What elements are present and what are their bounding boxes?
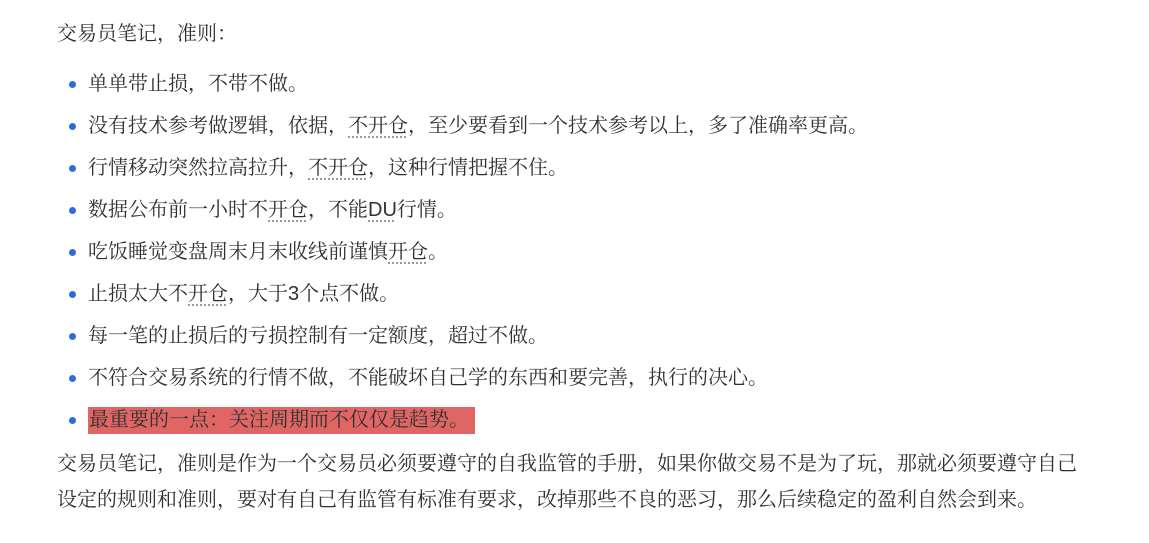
rule-item-3: 行情移动突然拉高拉升，不开仓，这种行情把握不住。 [57, 154, 1109, 182]
rule-text: ，至少要看到一个技术参考以上，多了准确率更高。 [408, 115, 868, 137]
notes-title: 交易员笔记，准则： [57, 22, 1109, 46]
bullet-icon [69, 249, 76, 256]
rule-text: 每一笔的止损后的亏损控制有一定额度，超过不做。 [88, 325, 548, 347]
notes-summary: 交易员笔记，准则是作为一个交易员必须要遵守的自我监管的手册，如果你做交易不是为了… [57, 446, 1079, 518]
rule-text-underlined: 开仓 [268, 199, 308, 221]
rule-text-underlined: 不开仓 [348, 115, 408, 137]
bullet-icon [69, 291, 76, 298]
rule-text: 没有技术参考做逻辑，依据， [88, 115, 348, 137]
rule-text: ，大于3个点不做。 [228, 283, 399, 305]
rule-text: 单单带止损，不带不做。 [88, 73, 308, 95]
bullet-icon [69, 417, 76, 424]
rule-item-1: 单单带止损，不带不做。 [57, 70, 1109, 98]
rule-item-8: 不符合交易系统的行情不做，不能破坏自己学的东西和要完善，执行的决心。 [57, 364, 1109, 392]
rules-list: 单单带止损，不带不做。 没有技术参考做逻辑，依据，不开仓，至少要看到一个技术参考… [57, 70, 1109, 434]
bullet-icon [69, 207, 76, 214]
rule-text: 吃饭睡觉变盘周末月末收线前谨慎 [88, 241, 388, 263]
rule-text: 行情移动突然拉高拉升， [88, 157, 308, 179]
rule-text: 数据公布前一小时不 [88, 199, 268, 221]
rule-text-underlined: 开仓 [388, 241, 428, 263]
rule-item-7: 每一笔的止损后的亏损控制有一定额度，超过不做。 [57, 322, 1109, 350]
rule-item-5: 吃饭睡觉变盘周末月末收线前谨慎开仓。 [57, 238, 1109, 266]
trader-notes-document: 交易员笔记，准则： 单单带止损，不带不做。 没有技术参考做逻辑，依据，不开仓，至… [0, 0, 1149, 518]
rule-text: ，这种行情把握不住。 [368, 157, 568, 179]
rule-text-underlined: 不开仓 [308, 157, 368, 179]
rule-item-6: 止损太大不开仓，大于3个点不做。 [57, 280, 1109, 308]
rule-text-underlined: 开仓 [188, 283, 228, 305]
rule-item-2: 没有技术参考做逻辑，依据，不开仓，至少要看到一个技术参考以上，多了准确率更高。 [57, 112, 1109, 140]
rule-text-underlined: DU [368, 199, 397, 221]
rule-text: 止损太大不 [88, 283, 188, 305]
bullet-icon [69, 81, 76, 88]
rule-text: 。 [428, 241, 448, 263]
rule-item-9: 最重要的一点：关注周期而不仅仅是趋势。 [57, 406, 1109, 434]
rule-text: 不符合交易系统的行情不做，不能破坏自己学的东西和要完善，执行的决心。 [88, 367, 768, 389]
rule-text: 行情。 [397, 199, 457, 221]
bullet-icon [69, 375, 76, 382]
highlighted-rule: 最重要的一点：关注周期而不仅仅是趋势。 [88, 407, 475, 434]
bullet-icon [69, 165, 76, 172]
bullet-icon [69, 123, 76, 130]
bullet-icon [69, 333, 76, 340]
rule-item-4: 数据公布前一小时不开仓，不能DU行情。 [57, 196, 1109, 224]
rule-text: 最重要的一点：关注周期而不仅仅是趋势。 [89, 409, 469, 431]
rule-text: ，不能 [308, 199, 368, 221]
